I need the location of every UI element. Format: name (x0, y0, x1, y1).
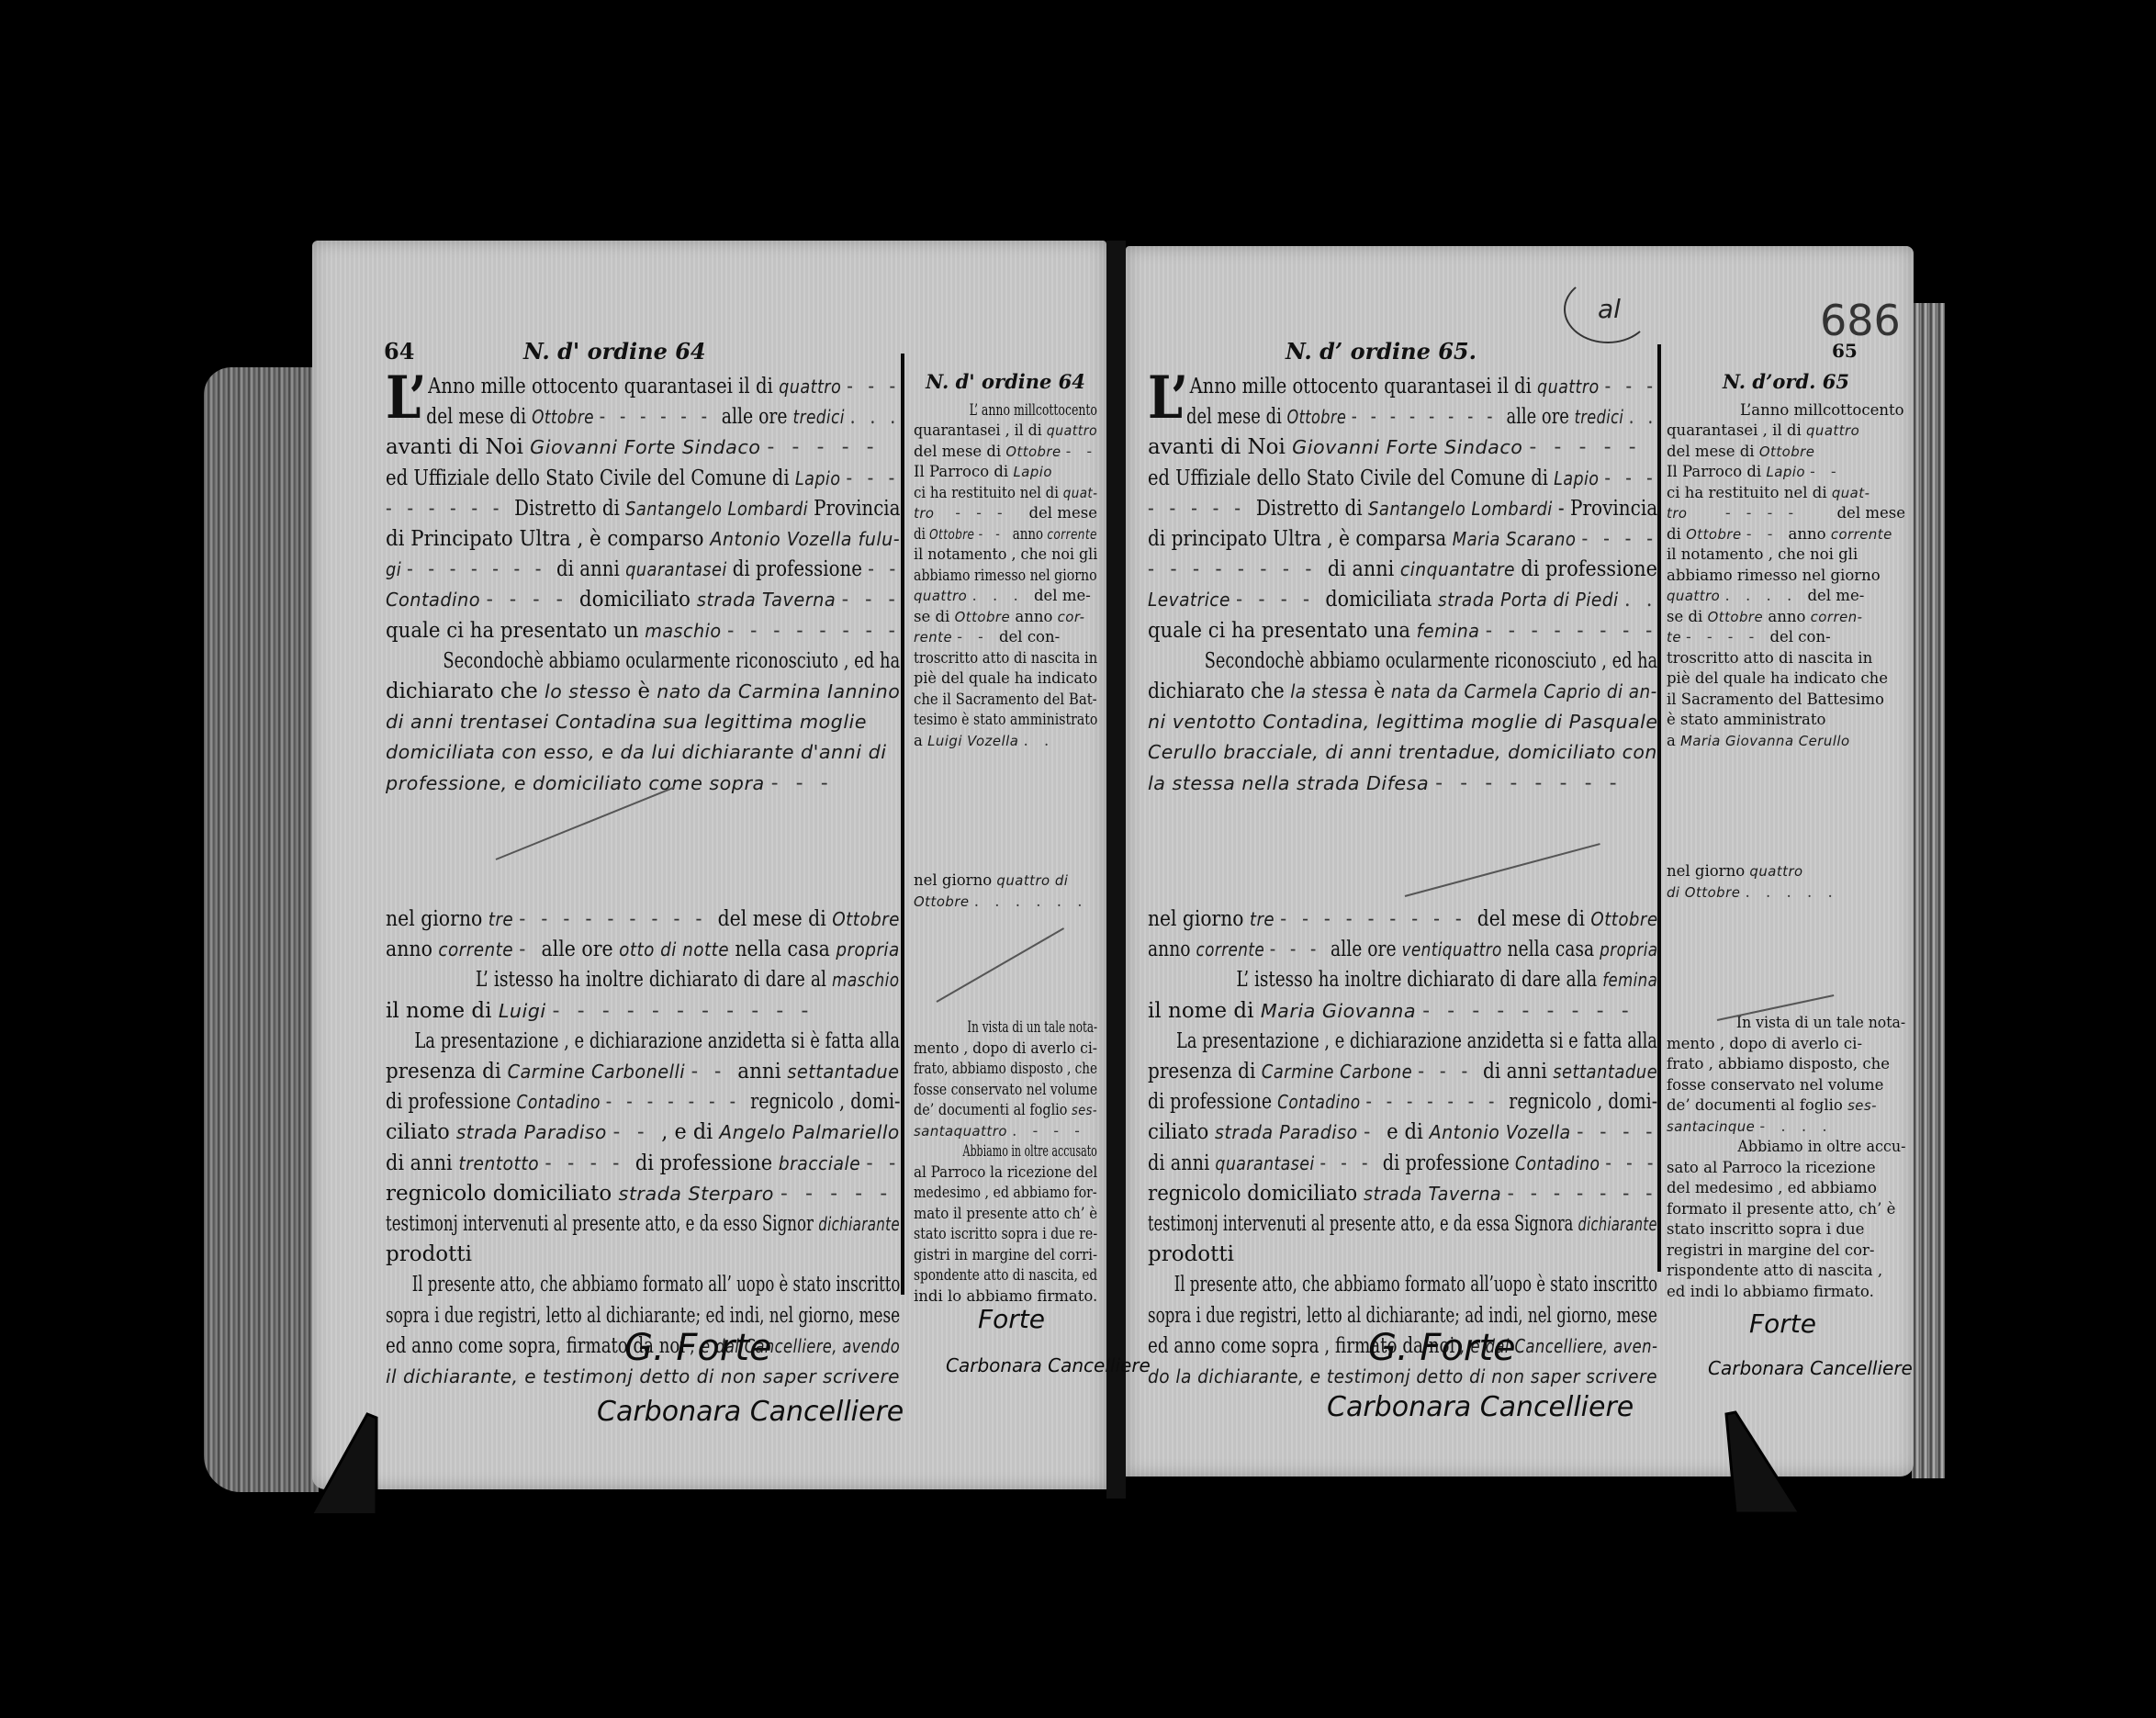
handwritten-text: Contadino (1277, 1091, 1365, 1113)
printed-text: alle ore (1331, 938, 1401, 961)
leader-dashes: . . . (850, 405, 900, 429)
handwritten-text: di anni trentasei Contadina sua legittim… (386, 711, 867, 733)
printed-text: sato al Parroco la ricezione (1667, 1159, 1876, 1176)
text-line: troscritto atto di nascita in (914, 648, 1078, 669)
handwritten-text: corrente (1047, 526, 1096, 543)
text-line: di professione Contadino - - - - - - - r… (1148, 1087, 1566, 1117)
text-line: abbiamo rimesso nel giorno (914, 566, 1072, 587)
leader-dashes: - - - (1418, 1060, 1483, 1084)
leader-dashes: - - - - - (1148, 497, 1256, 521)
printed-text: del con- (999, 628, 1060, 646)
leader-dashes: - - - - - - - - - (1280, 907, 1477, 931)
leader-dashes: - - - (847, 375, 900, 399)
text-line: di Ottobre - - anno corrente (1667, 524, 1905, 545)
printed-text: del mese di (914, 443, 1005, 460)
text-line: tesimo è stato amministrato (914, 710, 1071, 731)
printed-text: L’ istesso ha inoltre dichiarato di dare… (1236, 968, 1602, 992)
handwritten-text: trentotto (458, 1152, 545, 1174)
leader-dashes: . . (1024, 732, 1055, 749)
handwritten-text: cinquantatre (1400, 558, 1522, 580)
printed-text: di professione (1521, 557, 1657, 581)
text-line: Secondochè abbiamo ocularmente riconosci… (386, 646, 786, 677)
handwritten-text: settantadue (1553, 1061, 1657, 1083)
leader-dashes: - - - - - - - (1508, 1182, 1657, 1206)
text-line: la stessa nella strada Difesa - - - - - … (1148, 769, 1657, 799)
printed-text: In vista di un tale nota- (1736, 1014, 1905, 1031)
handwritten-text: quattro (1047, 422, 1097, 439)
printed-text: de’ documenti al foglio (1667, 1096, 1847, 1114)
text-line: ed Uffiziale dello Stato Civile del Comu… (386, 464, 824, 494)
right-record-body-part2: nel giorno tre - - - - - - - - - del mes… (1148, 904, 1657, 1392)
text-line: è stato amministrato (1667, 710, 1905, 731)
text-line: - - - - - - Distretto di Santangelo Lomb… (386, 494, 829, 524)
handwritten-text: Ottobre (1287, 406, 1352, 428)
right-column-divider (1657, 344, 1661, 1272)
printed-text: presenza di (386, 1060, 508, 1084)
printed-text: il notamento , che noi gli (914, 545, 1097, 563)
text-line: L’ istesso ha inoltre dichiarato di dare… (1148, 965, 1557, 995)
printed-text: Il presente atto, che abbiamo formato al… (412, 1273, 901, 1297)
leader-dashes: - - (868, 557, 900, 581)
printed-text: e di (1387, 1120, 1429, 1144)
printed-text: anno (1148, 938, 1196, 961)
text-line: quale ci ha presentato un maschio - - - … (386, 616, 862, 646)
printed-text: del mese di (1186, 405, 1286, 429)
text-line: nel giorno quattro (1667, 861, 1905, 882)
printed-text: ed Uffiziale dello Stato Civile del Comu… (386, 466, 795, 490)
printed-text: medesimo , ed abbiamo for- (914, 1184, 1097, 1201)
leader-dashes: . . (1624, 588, 1657, 612)
text-line: regnicolo domiciliato strada Taverna - -… (1148, 1179, 1620, 1209)
left-clerk-signature: Carbonara Cancelliere (597, 1396, 904, 1428)
text-line: te - - - - del con- (1667, 627, 1905, 648)
printed-text: è stato amministrato (1667, 711, 1825, 728)
text-line: L’Anno mille ottocento quarantasei il di… (386, 372, 825, 402)
left-page-number: 64 (384, 338, 414, 365)
printed-text: , e di (661, 1120, 719, 1144)
printed-text: avanti di Noi (386, 435, 530, 459)
text-line: - - - - - - - - di anni cinquantatre di … (1148, 555, 1609, 585)
text-line: Il presente atto, che abbiamo formato al… (1148, 1270, 1513, 1300)
printed-text: mento , dopo di averlo ci- (1667, 1035, 1862, 1052)
text-line: - - - - - Distretto di Santangelo Lombar… (1148, 494, 1591, 524)
text-line: il notamento , che noi gli (914, 545, 1090, 566)
printed-text: di (1667, 525, 1686, 543)
printed-text: domiciliato (579, 588, 697, 612)
text-line: fosse conservato nel volume (1667, 1075, 1905, 1096)
printed-text: del mese di (1477, 907, 1591, 931)
leader-dashes: - - - - - - - (407, 557, 556, 581)
handwritten-text: Ottobre (955, 609, 1016, 625)
text-line: a Maria Giovanna Cerullo (1667, 731, 1905, 752)
printed-text: fosse conservato nel volume (1667, 1076, 1883, 1094)
left-margin-baptism-note: L’ anno millcottocento quarantasei , il … (914, 400, 1097, 752)
right-margin-mayor-signature: Forte (1749, 1308, 1816, 1339)
printed-text: registri in margine del cor- (1667, 1241, 1874, 1259)
handwritten-text: ventiquattro (1401, 938, 1507, 960)
text-line: del mese di Ottobre - - - - - - alle ore… (386, 402, 806, 432)
printed-text: La presentazione , e dichiarazione anzid… (414, 1029, 900, 1053)
text-line: mento , dopo di averlo ci- (914, 1039, 1086, 1060)
text-line: quarantasei , il di quattro (1667, 421, 1905, 442)
handwritten-text: Santangelo Lombardi (1368, 498, 1558, 520)
printed-text: In vista di un tale nota- (967, 1018, 1097, 1036)
handwritten-text: quattro (1749, 863, 1802, 880)
text-line: di Ottobre . . . . . (1667, 882, 1905, 904)
text-line: testimonj intervenuti al presente atto, … (1148, 1209, 1507, 1240)
text-line: avanti di Noi Giovanni Forte Sindaco - -… (1148, 432, 1657, 463)
printed-text: Abbiamo in oltre accusato (963, 1142, 1097, 1160)
leader-dashes: - - - - (1577, 1120, 1657, 1144)
handwritten-text: Ottobre (914, 893, 974, 910)
handwritten-text: corren- (1811, 609, 1863, 625)
text-line: Cerullo bracciale, di anni trentadue, do… (1148, 737, 1650, 768)
printed-text: regnicolo , domi- (750, 1090, 900, 1114)
right-margin-archiving-note: In vista di un tale nota- mento , dopo d… (1667, 1013, 1905, 1302)
handwritten-text: strada Sterparo (619, 1183, 780, 1205)
printed-text: Secondochè abbiamo ocularmente riconosci… (443, 649, 900, 673)
right-order-heading: N. d’ ordine 65. (1286, 338, 1477, 365)
text-line: del medesimo , ed abbiamo (1667, 1178, 1905, 1199)
left-margin-archiving-note: In vista di un tale nota- mento , dopo d… (914, 1017, 1097, 1307)
printed-text: nel giorno (386, 907, 488, 931)
leader-dashes: - - - - - - - (1365, 1090, 1509, 1114)
handwritten-text: strada Paradiso (1215, 1121, 1364, 1143)
printed-text: Secondochè abbiamo ocularmente riconosci… (1205, 649, 1657, 673)
printed-text: Distretto di (514, 497, 625, 521)
right-mayor-signature: G. Forte (1368, 1327, 1516, 1369)
handwritten-text: Ottobre (929, 526, 978, 543)
handwritten-text: dichiarante (818, 1213, 900, 1235)
handwritten-text: Ottobre (1005, 444, 1065, 460)
handwritten-text: Giovanni Forte Sindaco (1292, 436, 1529, 458)
text-line: stato inscritto sopra i due (1667, 1219, 1905, 1241)
printed-text: quarantasei , il di (1667, 421, 1806, 439)
printed-text: nella casa (1508, 938, 1600, 961)
leader-dashes: - - - - (1236, 588, 1325, 612)
printed-text: che il Sacramento del Bat- (914, 691, 1097, 708)
printed-text: anno (1768, 608, 1810, 625)
leader-dashes: - - - (955, 503, 1007, 524)
handwritten-text: quattro (1537, 376, 1605, 398)
leader-dashes: . . . . (1724, 587, 1807, 604)
text-line: se di Ottobre anno cor- (914, 607, 1097, 628)
handwritten-text: Carmine Carbone (1262, 1061, 1419, 1083)
printed-text: anno (1015, 608, 1057, 625)
handwritten-text: quattro (1667, 588, 1724, 604)
text-line: dichiarato che la stessa è nata da Carme… (1148, 677, 1600, 707)
handwritten-text: santaquattro (914, 1123, 1012, 1140)
handwritten-text: Antonio Vozella fulu- (710, 528, 900, 550)
printed-text: abbiamo rimesso nel giorno (914, 567, 1097, 584)
printed-text: troscritto atto di nascita in (1667, 649, 1872, 667)
left-page-clip-icon (303, 1396, 386, 1515)
handwritten-text: corrente (1831, 526, 1892, 543)
handwritten-text: Contadino (386, 589, 487, 611)
leader-dashes: - - - - (1581, 527, 1657, 551)
handwritten-text: ses- (1847, 1097, 1877, 1114)
text-line: abbiamo rimesso nel giorno (1667, 566, 1905, 587)
leader-dashes: - - (867, 1151, 901, 1175)
text-line: che il Sacramento del Bat- (914, 690, 1079, 711)
printed-text: il nome di (386, 999, 499, 1023)
handwritten-text: Angelo Palmariello (719, 1121, 899, 1143)
leader-dashes: - - - (1605, 375, 1657, 399)
text-line: Il presente atto, che abbiamo formato al… (386, 1270, 755, 1300)
printed-text: sopra i due registri, letto al dichiaran… (1148, 1304, 1657, 1328)
printed-text: a (1667, 732, 1680, 749)
text-line: santacinque - . . . (1667, 1117, 1905, 1138)
text-line: L’anno millcottocento (1667, 400, 1905, 421)
printed-text: ed Uffiziale dello Stato Civile del Comu… (1148, 466, 1554, 490)
printed-text: L’ anno millcottocento (970, 401, 1097, 419)
printed-text: troscritto atto di nascita in (914, 649, 1097, 667)
printed-text: il notamento , che noi gli (1667, 545, 1858, 563)
text-line: piè del quale ha indicato (914, 668, 1092, 690)
printed-text: Anno mille ottocento quarantasei il di (428, 375, 779, 399)
printed-text: il nome di (1148, 999, 1261, 1023)
leader-dashes: - (1364, 1120, 1387, 1144)
printed-text: mato il presente atto ch’ è (914, 1205, 1097, 1222)
printed-text: ed indi lo abbiamo firmato. (1667, 1283, 1874, 1300)
printed-text: quarantasei , il di (914, 421, 1047, 439)
printed-text: Il presente atto, che abbiamo formato al… (1174, 1273, 1657, 1297)
text-line: frato , abbiamo disposto, che (1667, 1054, 1905, 1075)
printed-text: alle ore (722, 405, 793, 429)
book-gutter (1106, 241, 1126, 1499)
printed-text: quale ci ha presentato una (1148, 619, 1417, 643)
printed-text: anno (1013, 525, 1048, 543)
right-margin-clerk-signature: Carbonara Cancelliere (1708, 1357, 1913, 1379)
left-order-heading: N. d' ordine 64 (523, 338, 706, 365)
text-line: anno corrente - - - alle ore ventiquattr… (1148, 935, 1563, 965)
text-line: Levatrice - - - - domiciliata strada Por… (1148, 585, 1605, 615)
printed-text: nel giorno (914, 871, 996, 889)
handwritten-text: Ottobre (532, 406, 600, 428)
printed-text: Provincia (814, 497, 900, 521)
leader-dashes: - - - (771, 771, 834, 795)
handwritten-text: ni ventotto Contadina, legittima moglie … (1148, 711, 1658, 733)
text-line: L’ istesso ha inoltre dichiarato di dare… (386, 965, 805, 995)
leader-dashes: . . . (971, 587, 1033, 604)
printed-text: fosse conservato nel volume (914, 1081, 1097, 1098)
leader-dashes: - . . . (1760, 1117, 1833, 1135)
printed-text: è (637, 679, 657, 703)
printed-text: di anni (386, 1151, 458, 1175)
handwritten-text: Giovanni Forte Sindaco (530, 436, 767, 458)
text-line: del mese di Ottobre (1667, 442, 1905, 463)
handwritten-text: otto di notte (619, 938, 735, 960)
printed-text: nel giorno (1667, 862, 1749, 880)
text-line: rispondente atto di nascita , (1667, 1261, 1905, 1282)
text-line: de’ documenti al foglio ses- (1667, 1095, 1905, 1117)
handwritten-text: nata da Carmela Caprio di an- (1391, 680, 1657, 702)
printed-text: piè del quale ha indicato che (1667, 669, 1888, 687)
handwritten-text: strada Taverna (697, 589, 842, 611)
leader-dashes: - - - - - - - - (1352, 405, 1507, 429)
left-margin-mayor-signature: Forte (978, 1304, 1045, 1334)
handwritten-text: lo stesso (545, 680, 637, 702)
handwritten-text: la stessa (1290, 680, 1374, 702)
printed-text: anno (1789, 525, 1831, 543)
text-line: ciliato strada Paradiso - - , e di Angel… (386, 1117, 885, 1148)
handwritten-text: rente (914, 629, 957, 646)
printed-text: anni (737, 1060, 787, 1084)
handwritten-text: Contadino (516, 1091, 605, 1113)
corner-annotation: al (1598, 294, 1621, 324)
leader-dashes: - - - (1605, 1151, 1657, 1175)
archive-folio-number: 686 (1820, 296, 1901, 345)
printed-text: ciliato (1148, 1120, 1215, 1144)
text-line: il nome di Luigi - - - - - - - - - - - (386, 996, 900, 1027)
printed-text: testimonj intervenuti al presente atto, … (1148, 1212, 1578, 1236)
printed-text: alle ore (1506, 405, 1574, 429)
right-margin-day-note: nel giorno quattro di Ottobre . . . . . (1667, 861, 1905, 903)
handwritten-text: Lapio (1013, 464, 1052, 480)
printed-text: di (914, 525, 929, 543)
text-line: de’ documenti al foglio ses- (914, 1100, 1074, 1121)
printed-text: del mese (1837, 503, 1906, 524)
printed-text: Il Parroco di (1667, 463, 1766, 480)
leader-dashes: . . . . . . (974, 893, 1088, 910)
printed-text: di professione (635, 1151, 779, 1175)
handwritten-text: santacinque (1667, 1118, 1760, 1135)
leader-dashes: - - (691, 1060, 738, 1084)
left-record-body-part2: nel giorno tre - - - - - - - - - del mes… (386, 904, 900, 1392)
leader-dashes: . . (1629, 405, 1657, 429)
leader-dashes: - - - - - - - - - (1422, 999, 1634, 1023)
leader-dashes: - - - (847, 466, 900, 490)
text-line: mato il presente atto ch’ è (914, 1204, 1081, 1225)
text-line: fosse conservato nel volume (914, 1080, 1069, 1101)
printed-text: tesimo è stato amministrato (914, 711, 1097, 728)
text-line: spondente atto di nascita, ed (914, 1265, 1065, 1286)
printed-text: del medesimo , ed abbiamo (1667, 1179, 1877, 1196)
handwritten-text: professione, e domiciliato come sopra (386, 772, 771, 794)
leader-dashes: - - - (1270, 938, 1331, 961)
handwritten-text: femina (1417, 620, 1486, 642)
text-line: prodotti (1148, 1240, 1657, 1270)
handwritten-text: quarantasei (1215, 1152, 1319, 1174)
text-line: In vista di un tale nota- (1667, 1013, 1893, 1034)
handwritten-text: Carmine Carbonelli (508, 1061, 691, 1083)
text-line: di Principato Ultra , è comparso Antonio… (386, 524, 862, 555)
printed-text: stato inscritto sopra i due (1667, 1220, 1864, 1238)
handwritten-text: Ottobre (832, 908, 900, 930)
handwritten-text: maschio (645, 620, 727, 642)
printed-text: sopra i due registri, letto al dichiaran… (386, 1304, 900, 1328)
handwritten-text: te (1667, 629, 1686, 646)
right-record-body-part1: L’Anno mille ottocento quarantasei il di… (1148, 372, 1657, 799)
printed-text: di professione (1383, 1151, 1515, 1175)
handwritten-text: Maria Giovanna (1261, 1000, 1422, 1022)
printed-text: alle ore (541, 938, 619, 961)
leader-dashes: - (519, 938, 541, 961)
text-line: L’ anno millcottocento (914, 400, 1053, 421)
printed-text: prodotti (386, 1242, 472, 1266)
handwritten-text: Maria Giovanna Cerullo (1680, 733, 1850, 749)
text-line: quattro . . . . del me- (1667, 586, 1905, 607)
text-line: Abbiamo in oltre accu- (1667, 1137, 1897, 1158)
handwritten-text: Luigi Vozella (927, 733, 1023, 749)
left-margin-column: N. d' ordine 64 L’ anno millcottocento q… (914, 372, 1097, 1307)
text-line: tro - - - - del mese (1667, 503, 1905, 524)
printed-text: regnicolo , domi- (1509, 1090, 1657, 1114)
handwritten-text: di Ottobre (1667, 884, 1746, 901)
printed-text: di anni (1483, 1060, 1553, 1084)
printed-text: di principato Ultra , è comparsa (1148, 527, 1453, 551)
text-line: se di Ottobre anno corren- (1667, 607, 1905, 628)
text-line: formato il presente atto, ch’ è (1667, 1199, 1905, 1220)
text-line: presenza di Carmine Carbone - - - di ann… (1148, 1057, 1591, 1087)
printed-text: frato, abbiamo disposto , che (914, 1060, 1097, 1077)
text-line: di anni quarantasei - - - di professione… (1148, 1149, 1576, 1179)
handwritten-text: quat- (1063, 485, 1098, 501)
printed-text: domiciliata (1325, 588, 1438, 612)
text-line: Abbiamo in oltre accusato (914, 1141, 1037, 1162)
leader-dashes: - - (1746, 525, 1789, 543)
text-line: presenza di Carmine Carbonelli - - anni … (386, 1057, 865, 1087)
text-line: del mese di Ottobre - - (914, 442, 1096, 463)
left-margin-clerk-signature: Carbonara Cancelliere (946, 1354, 1151, 1376)
text-line: ed Uffiziale dello Stato Civile del Comu… (1148, 464, 1578, 494)
text-line: Secondochè abbiamo ocularmente riconosci… (1148, 646, 1541, 677)
text-line: il nome di Maria Giovanna - - - - - - - … (1148, 996, 1657, 1027)
text-line: di anni trentasei Contadina sua legittim… (386, 707, 900, 737)
leader-dashes: - - - (842, 588, 901, 612)
handwritten-text: Cerullo bracciale, di anni trentadue, do… (1148, 741, 1657, 763)
printed-text: Il Parroco di (914, 463, 1013, 480)
printed-text: dichiarato che (1148, 679, 1290, 703)
printed-text: rispondente atto di nascita , (1667, 1262, 1882, 1279)
text-line: nel giorno quattro di (914, 870, 1097, 892)
right-clerk-signature: Carbonara Cancelliere (1327, 1391, 1634, 1423)
printed-text: stato iscritto sopra i due re- (914, 1225, 1097, 1242)
text-line: santaquattro . - - - (914, 1121, 1097, 1142)
handwritten-text: Luigi (499, 1000, 553, 1022)
leader-dashes: - - (979, 525, 1013, 543)
printed-text: di Principato Ultra , è comparso (386, 527, 710, 551)
printed-text: è (1374, 679, 1391, 703)
printed-text: - Provincia (1558, 497, 1657, 521)
printed-text: L’ istesso ha inoltre dichiarato di dare… (476, 968, 832, 992)
handwritten-text: Ottobre (1590, 908, 1657, 930)
printed-text: del mese di (1667, 443, 1759, 460)
text-line: In vista di un tale nota- (914, 1017, 1048, 1039)
leader-dashes: - - - - (487, 588, 579, 612)
printed-text: Abbiamo in oltre accu- (1737, 1138, 1905, 1155)
leader-dashes: - - - - - - - - - - - (553, 999, 814, 1023)
text-line: gi - - - - - - - di anni quarantasei di … (386, 555, 827, 585)
left-margin-day-note: nel giorno quattro di Ottobre . . . . . … (914, 870, 1097, 912)
handwritten-text: Levatrice (1148, 589, 1236, 611)
text-line: anno corrente - alle ore otto di notte n… (386, 935, 843, 965)
handwritten-text: Ottobre (1708, 609, 1769, 625)
printed-text: Anno mille ottocento quarantasei il di (1190, 375, 1537, 399)
text-line: il Sacramento del Battesimo (1667, 690, 1905, 711)
text-line: professione, e domiciliato come sopra - … (386, 769, 900, 799)
handwritten-text: gi (386, 558, 407, 580)
printed-text: La presentazione , e dichiarazione anzid… (1176, 1029, 1657, 1053)
leader-dashes: - - - - - - - - (1486, 619, 1657, 643)
printed-text: il Sacramento del Battesimo (1667, 691, 1884, 708)
leader-dashes: - - - - - - (386, 497, 514, 521)
leader-dashes: . - - - (1012, 1122, 1085, 1140)
printed-text: del mese di (718, 907, 833, 931)
handwritten-text: tredici (1575, 406, 1629, 428)
handwritten-text: Ottobre (1759, 444, 1815, 460)
handwritten-text: la stessa nella strada Difesa (1148, 772, 1435, 794)
